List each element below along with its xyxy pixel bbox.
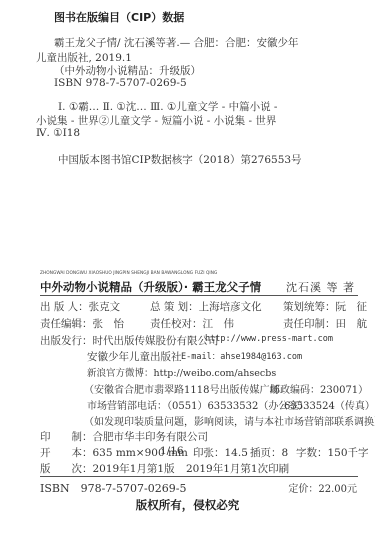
- book-title: 中外动物小说精品（升级版）· 霸王龙父子情: [40, 279, 261, 295]
- edition-row: 版 次：2019年1月第1版: [40, 461, 175, 476]
- book-author: 沈石溪 等 著: [286, 279, 355, 295]
- website-link[interactable]: http://www.press-mart.com: [205, 334, 333, 344]
- sheets: 印张：14.5: [193, 445, 248, 460]
- cip-subject-line-3: Ⅳ. ①I18: [36, 127, 80, 139]
- cip-isbn: ISBN 978-7-5707-0269-5: [54, 77, 187, 89]
- publisher-name: 时代出版传媒股份有限公司: [93, 335, 219, 347]
- postcode: 邮政编码：230071）: [270, 381, 368, 396]
- responsible-editor: 责任编辑：张 怡: [40, 316, 124, 331]
- cip-subject-line-2: 小说集 - 世界②儿童文学 - 短篇小说 - 小说集 - 世界: [36, 113, 276, 128]
- general-planner: 总 策 划：上海培彦文化: [150, 299, 262, 314]
- copyright-notice: 版权所有，侵权必究: [0, 497, 375, 513]
- cip-subject-line-1: Ⅰ. ①霸… Ⅱ. ①沈… Ⅲ. ①儿童文学 - 中篇小说 -: [58, 99, 277, 114]
- edition-label: 版 次：: [40, 463, 93, 475]
- proofreader: 责任校对：江 伟: [150, 316, 234, 331]
- format-fold: 1/16: [160, 445, 184, 457]
- publisher-person: 出 版 人：张克文: [40, 299, 120, 314]
- printer-name: 合肥市华丰印务有限公司: [93, 431, 209, 443]
- printing: 2019年1月第1次印刷: [186, 461, 289, 476]
- title-rule: [40, 295, 358, 296]
- printer-label: 印 制：: [40, 431, 93, 443]
- edition: 2019年1月第1版: [93, 463, 175, 475]
- pinyin-title: ZHONGWAI DONGWU XIAOSHUO JINGPIN SHENGJI…: [40, 271, 217, 276]
- cip-verification: 中国版本图书馆CIP数据核字（2018）第276553号: [58, 152, 302, 167]
- publisher-label: 出版发行：: [40, 335, 93, 347]
- cip-title-line: 霸王龙父子情/ 沈石溪等著.— 合肥：合肥：安徽少年: [54, 35, 299, 50]
- isbn-rule: [40, 476, 358, 477]
- format-label: 开 本：: [40, 447, 93, 459]
- print-manager: 责任印制：田 航: [283, 316, 367, 331]
- publisher-row: 出版发行：时代出版传媒股份有限公司: [40, 333, 219, 348]
- address: （安徽省合肥市翡翠路1118号出版传媒广场: [84, 381, 279, 396]
- fax: 63533524（传真）: [284, 397, 375, 412]
- plates: 插页：8: [250, 445, 288, 460]
- marketing-phone: 市场营销部电话：（0551）63533532（办公室）: [87, 397, 308, 412]
- publisher-secondary: 安徽少年儿童出版社: [87, 349, 182, 364]
- cip-header: 图书在版编目（CIP）数据: [54, 9, 184, 25]
- email-link[interactable]: E-mail：ahse1984@163.com: [181, 350, 302, 362]
- cip-series-line: （中外动物小说精品：升级版）: [54, 63, 201, 78]
- word-count: 字数：150千字: [296, 445, 369, 460]
- quality-notice: （如发现印装质量问题，影响阅读，请与本社市场营销部联系调换）: [84, 413, 375, 428]
- colophon-isbn: ISBN 978-7-5707-0269-5: [40, 480, 186, 496]
- printer-row: 印 制：合肥市华丰印务有限公司: [40, 429, 208, 444]
- weibo-link[interactable]: 新浪官方微博：http://weibo.com/ahsecbs: [87, 365, 276, 379]
- planning-coordinator: 策划统筹：阮 征: [283, 299, 367, 314]
- price: 定价：22.00元: [288, 480, 357, 495]
